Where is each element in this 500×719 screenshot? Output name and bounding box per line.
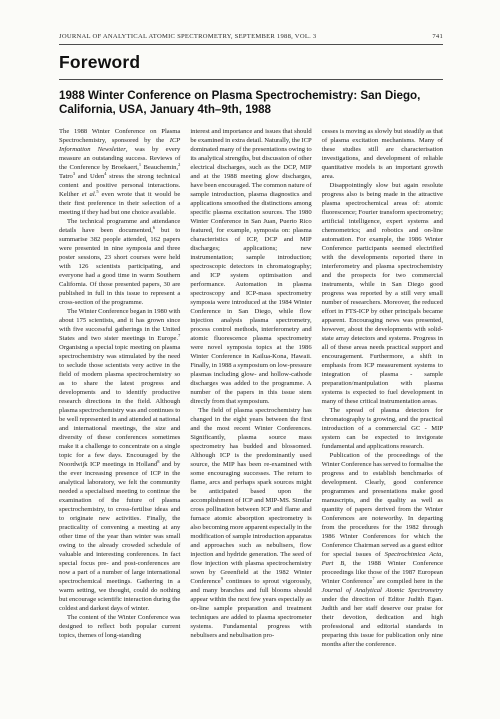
journal-page: JOURNAL OF ANALYTICAL ATOMIC SPECTROMETR… bbox=[0, 0, 500, 719]
text-run: and by the ever increasing presence of I… bbox=[59, 461, 180, 612]
text-run: Publication of the proceedings of the Wi… bbox=[322, 452, 443, 558]
reference-superscript: 2 bbox=[178, 162, 180, 167]
journal-title: JOURNAL OF ANALYTICAL ATOMIC SPECTROMETR… bbox=[59, 33, 316, 40]
text-column-1: The 1988 Winter Conference on Plasma Spe… bbox=[59, 127, 180, 649]
text-run: Organising a special topic meeting on pl… bbox=[59, 344, 180, 468]
paragraph: The field of plasma spectrochemistry has… bbox=[190, 406, 311, 640]
text-run: The spread of plasma detectors for chrom… bbox=[322, 407, 443, 450]
text-run: Beauchemin, bbox=[141, 164, 178, 171]
text-run: The Winter Conference began in 1980 with… bbox=[59, 308, 180, 342]
text-run: and Uden bbox=[75, 173, 104, 180]
text-run: Disappointingly slow but again resolute … bbox=[322, 182, 443, 405]
paragraph: Disappointingly slow but again resolute … bbox=[322, 181, 443, 406]
paragraph: The spread of plasma detectors for chrom… bbox=[322, 406, 443, 451]
text-column-3: cesses is moving as slowly but steadily … bbox=[322, 127, 443, 649]
text-run: but to summarise 382 people attended, 16… bbox=[59, 227, 180, 306]
section-heading: Foreword bbox=[59, 52, 443, 73]
text-run: The content of the Winter Conference was… bbox=[59, 614, 180, 639]
reference-superscript: 7 bbox=[178, 333, 180, 338]
page-number: 741 bbox=[432, 33, 443, 40]
text-run: under the direction of Editor Judith Ega… bbox=[322, 596, 443, 648]
text-run: are compiled here in the bbox=[375, 578, 443, 585]
text-run: The field of plasma spectrochemistry has… bbox=[190, 407, 311, 585]
section-rule bbox=[59, 79, 443, 80]
header-rule bbox=[59, 44, 443, 45]
paragraph: cesses is moving as slowly but steadily … bbox=[322, 127, 443, 181]
running-head: JOURNAL OF ANALYTICAL ATOMIC SPECTROMETR… bbox=[59, 33, 443, 40]
article-title: 1988 Winter Conference on Plasma Spectro… bbox=[59, 89, 443, 117]
paragraph: The technical programme and attendance d… bbox=[59, 217, 180, 307]
article-title-line2: California, USA, January 4th–9th, 1988 bbox=[59, 103, 271, 116]
text-run: et al. bbox=[82, 191, 97, 198]
text-run: interest and importance and issues that … bbox=[190, 128, 311, 405]
paragraph: The content of the Winter Conference was… bbox=[59, 613, 180, 640]
paragraph: interest and importance and issues that … bbox=[190, 127, 311, 406]
paragraph: The Winter Conference began in 1980 with… bbox=[59, 307, 180, 613]
text-run: cesses is moving as slowly but steadily … bbox=[322, 128, 443, 180]
article-title-line1: 1988 Winter Conference on Plasma Spectro… bbox=[59, 89, 420, 102]
text-run: continues to sprout vigorously, and many… bbox=[190, 578, 311, 639]
article-body: The 1988 Winter Conference on Plasma Spe… bbox=[59, 127, 443, 649]
text-column-2: interest and importance and issues that … bbox=[190, 127, 311, 649]
text-run: Tatro bbox=[59, 173, 73, 180]
paragraph: The 1988 Winter Conference on Plasma Spe… bbox=[59, 127, 180, 217]
text-run: Journal of Analytical Atomic Spectrometr… bbox=[322, 587, 443, 594]
paragraph: Publication of the proceedings of the Wi… bbox=[322, 451, 443, 649]
text-run: The 1988 Winter Conference on Plasma Spe… bbox=[59, 128, 180, 144]
